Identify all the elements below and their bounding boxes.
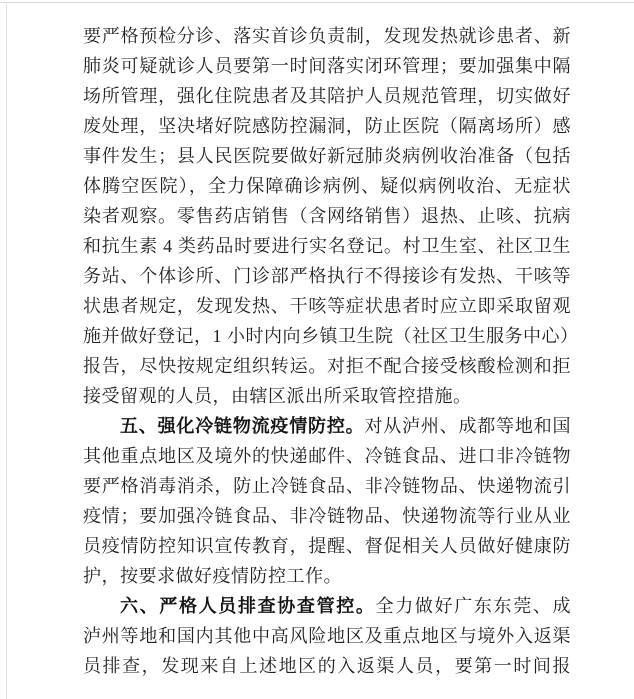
text-line: 体腾空医院），全力保障确诊病例、疑似病例收治、无症状感 bbox=[83, 171, 571, 201]
text-line: 状患者规定，发现发热、干咳等症状患者时应立即采取留观措 bbox=[83, 291, 571, 321]
text-line: 和抗生素 4 类药品时要进行实名登记。村卫生室、社区卫生服 bbox=[83, 231, 571, 261]
text-line: 接受留观的人员，由辖区派出所采取管控措施。 bbox=[83, 381, 571, 411]
text-line: 员疫情防控知识宣传教育，提醒、督促相关人员做好健康防 bbox=[83, 531, 571, 561]
text-line: 其他重点地区及境外的快递邮件、冷链食品、进口非冷链物品 bbox=[83, 441, 571, 471]
text-line: 泸州等地和国内其他中高风险地区及重点地区与境外入返渠人 bbox=[83, 621, 571, 651]
line-text: 要严格消毒消杀，防止冷链食品、非冷链物品、快递物流引发 bbox=[83, 476, 571, 501]
text-line: 要严格预检分诊、落实首诊负责制，发现发热就诊患者、新冠 bbox=[83, 21, 571, 51]
line-text: 废处理，坚决堵好院感防控漏洞，防止医院（隔离场所）感染 bbox=[83, 116, 571, 141]
section-heading: 六、严格人员排查协查管控。 bbox=[120, 596, 376, 616]
text-line: 疫情；要加强冷链食品、非冷链物品、快递物流等行业从业人 bbox=[83, 501, 571, 531]
line-text: 染者观察。零售药店销售（含网络销售）退热、止咳、抗病毒 bbox=[83, 206, 571, 231]
line-text: 场所管理，强化住院患者及其陪护人员规范管理，切实做好医 bbox=[83, 86, 571, 111]
line-text: 要严格预检分诊、落实首诊负责制，发现发热就诊患者、新冠 bbox=[83, 26, 571, 51]
line-text: 报告，尽快按规定组织转运。对拒不配合接受核酸检测和拒不 bbox=[83, 356, 571, 381]
page-edge-top bbox=[0, 2, 634, 3]
line-text: 体腾空医院），全力保障确诊病例、疑似病例收治、无症状感 bbox=[83, 176, 571, 201]
text-line: 废处理，坚决堵好院感防控漏洞，防止医院（隔离场所）感染 bbox=[83, 111, 571, 141]
line-text: 务站、个体诊所、门诊部严格执行不得接诊有发热、干咳等症 bbox=[83, 266, 571, 291]
line-text: 疫情；要加强冷链食品、非冷链物品、快递物流等行业从业人 bbox=[83, 506, 571, 531]
line-text: 其他重点地区及境外的快递邮件、冷链食品、进口非冷链物品 bbox=[83, 446, 571, 471]
text-line: 事件发生；县人民医院要做好新冠肺炎病例收治准备（包括整 bbox=[83, 141, 571, 171]
text-line: 施并做好登记，1 小时内向乡镇卫生院（社区卫生服务中心） bbox=[83, 321, 571, 351]
text-line-section-5: 五、强化冷链物流疫情防控。对从泸州、成都等地和国内 bbox=[83, 411, 571, 441]
text-line: 务站、个体诊所、门诊部严格执行不得接诊有发热、干咳等症 bbox=[83, 261, 571, 291]
line-text: 和抗生素 4 类药品时要进行实名登记。村卫生室、社区卫生服 bbox=[83, 236, 571, 261]
line-text: 接受留观的人员，由辖区派出所采取管控措施。 bbox=[83, 386, 472, 406]
line-text: 状患者规定，发现发热、干咳等症状患者时应立即采取留观措 bbox=[83, 296, 571, 321]
text-line: 染者观察。零售药店销售（含网络销售）退热、止咳、抗病毒 bbox=[83, 201, 571, 231]
line-text: 肺炎可疑就诊人员要第一时间落实闭环管理；要加强集中隔离 bbox=[83, 56, 571, 81]
text-line: 要严格消毒消杀，防止冷链食品、非冷链物品、快递物流引发 bbox=[83, 471, 571, 501]
text-line: 场所管理，强化住院患者及其陪护人员规范管理，切实做好医 bbox=[83, 81, 571, 111]
document-text-block: 要严格预检分诊、落实首诊负责制，发现发热就诊患者、新冠 肺炎可疑就诊人员要第一时… bbox=[83, 21, 571, 681]
text-line: 员排查，发现来自上述地区的入返渠人员，要第一时间报告， bbox=[83, 651, 571, 681]
line-text: 员排查，发现来自上述地区的入返渠人员，要第一时间报告， bbox=[83, 656, 571, 681]
line-text: 事件发生；县人民医院要做好新冠肺炎病例收治准备（包括整 bbox=[83, 146, 571, 171]
text-line-section-6: 六、严格人员排查协查管控。全力做好广东东莞、成都、 bbox=[83, 591, 571, 621]
line-text: 施并做好登记，1 小时内向乡镇卫生院（社区卫生服务中心） bbox=[83, 326, 571, 346]
line-text: 泸州等地和国内其他中高风险地区及重点地区与境外入返渠人 bbox=[83, 626, 571, 651]
line-text: 护，按要求做好疫情防控工作。 bbox=[83, 566, 342, 586]
line-text: 员疫情防控知识宣传教育，提醒、督促相关人员做好健康防 bbox=[83, 536, 571, 556]
document-page: 要严格预检分诊、落实首诊负责制，发现发热就诊患者、新冠 肺炎可疑就诊人员要第一时… bbox=[0, 0, 634, 699]
text-line: 肺炎可疑就诊人员要第一时间落实闭环管理；要加强集中隔离 bbox=[83, 51, 571, 81]
section-heading: 五、强化冷链物流疫情防控。 bbox=[120, 416, 364, 436]
text-line: 报告，尽快按规定组织转运。对拒不配合接受核酸检测和拒不 bbox=[83, 351, 571, 381]
text-line: 护，按要求做好疫情防控工作。 bbox=[83, 561, 571, 591]
page-edge-left bbox=[6, 2, 7, 699]
